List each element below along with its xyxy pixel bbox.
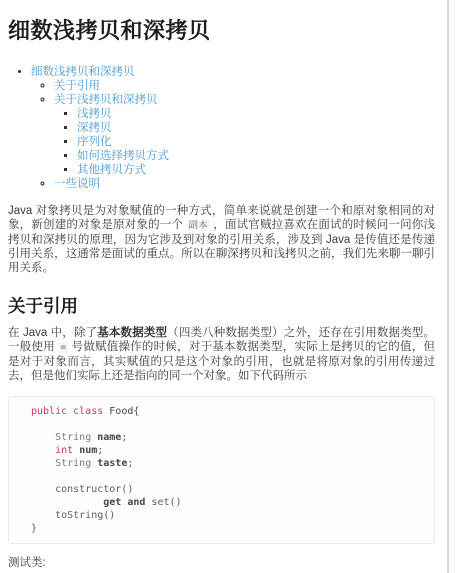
toc-link-shallow-copy[interactable]: 浅拷贝 <box>77 108 112 120</box>
table-of-contents: 细数浅拷贝和深拷贝 关于引用 关于浅拷贝和深拷贝 浅拷贝 深拷贝 <box>8 65 435 191</box>
toc-link-root[interactable]: 细数浅拷贝和深拷贝 <box>31 66 135 78</box>
toc-link-other-copy[interactable]: 其他拷贝方式 <box>77 164 146 176</box>
toc-item-deep-copy: 深拷贝 <box>77 121 435 135</box>
test-class-label: 测试类: <box>8 556 435 570</box>
toc-link-about-copy[interactable]: 关于浅拷贝和深拷贝 <box>54 94 158 106</box>
code-block-food-class: public class Food{ String name; int num;… <box>8 396 435 544</box>
toc-list-level3: 浅拷贝 深拷贝 序列化 如何选择拷贝方式 <box>54 107 435 177</box>
reference-text-1: 在 Java 中，除了 <box>8 327 97 339</box>
document-content: 细数浅拷贝和深拷贝 细数浅拷贝和深拷贝 关于引用 关于浅拷贝和深拷贝 浅拷贝 <box>0 0 447 573</box>
toc-link-notes[interactable]: 一些说明 <box>54 178 100 190</box>
reference-bold-basic-types: 基本数据类型 <box>97 327 167 339</box>
toc-item-other-copy: 其他拷贝方式 <box>77 163 435 177</box>
content-right-border <box>447 0 449 573</box>
toc-link-about-reference[interactable]: 关于引用 <box>54 80 100 92</box>
toc-link-how-to-choose[interactable]: 如何选择拷贝方式 <box>77 150 169 162</box>
page-title: 细数浅拷贝和深拷贝 <box>8 14 435 45</box>
toc-item-about-copy: 关于浅拷贝和深拷贝 浅拷贝 深拷贝 序列化 <box>54 93 435 177</box>
toc-link-serialization[interactable]: 序列化 <box>77 136 112 148</box>
toc-item-how-to-choose: 如何选择拷贝方式 <box>77 149 435 163</box>
toc-item-root: 细数浅拷贝和深拷贝 关于引用 关于浅拷贝和深拷贝 浅拷贝 深拷贝 <box>31 65 435 191</box>
toc-item-about-reference: 关于引用 <box>54 79 435 93</box>
toc-link-deep-copy[interactable]: 深拷贝 <box>77 122 112 134</box>
page-right-margin <box>449 0 455 573</box>
inline-code-equals-sign: = <box>58 342 68 353</box>
toc-item-serialization: 序列化 <box>77 135 435 149</box>
section-heading-reference: 关于引用 <box>8 293 435 318</box>
intro-paragraph: Java 对象拷贝是为对象赋值的一种方式，简单来说就是创建一个和原对象相同的对象… <box>8 204 435 275</box>
code-content: public class Food{ String name; int num;… <box>31 406 182 534</box>
toc-list-level2: 关于引用 关于浅拷贝和深拷贝 浅拷贝 深拷贝 序列化 <box>31 79 435 191</box>
reference-paragraph: 在 Java 中，除了基本数据类型（四类八种数据类型）之外，还存在引用数据类型。… <box>8 326 435 383</box>
toc-list-level1: 细数浅拷贝和深拷贝 关于引用 关于浅拷贝和深拷贝 浅拷贝 深拷贝 <box>8 65 435 191</box>
toc-item-notes: 一些说明 <box>54 177 435 191</box>
toc-item-shallow-copy: 浅拷贝 <box>77 107 435 121</box>
inline-code-copy-term: 副本 <box>187 220 210 231</box>
reference-text-3: 号做赋值操作的时候，对于基本数据类型，实际上是拷贝的它的值，但是对于对象而言，其… <box>8 341 435 382</box>
